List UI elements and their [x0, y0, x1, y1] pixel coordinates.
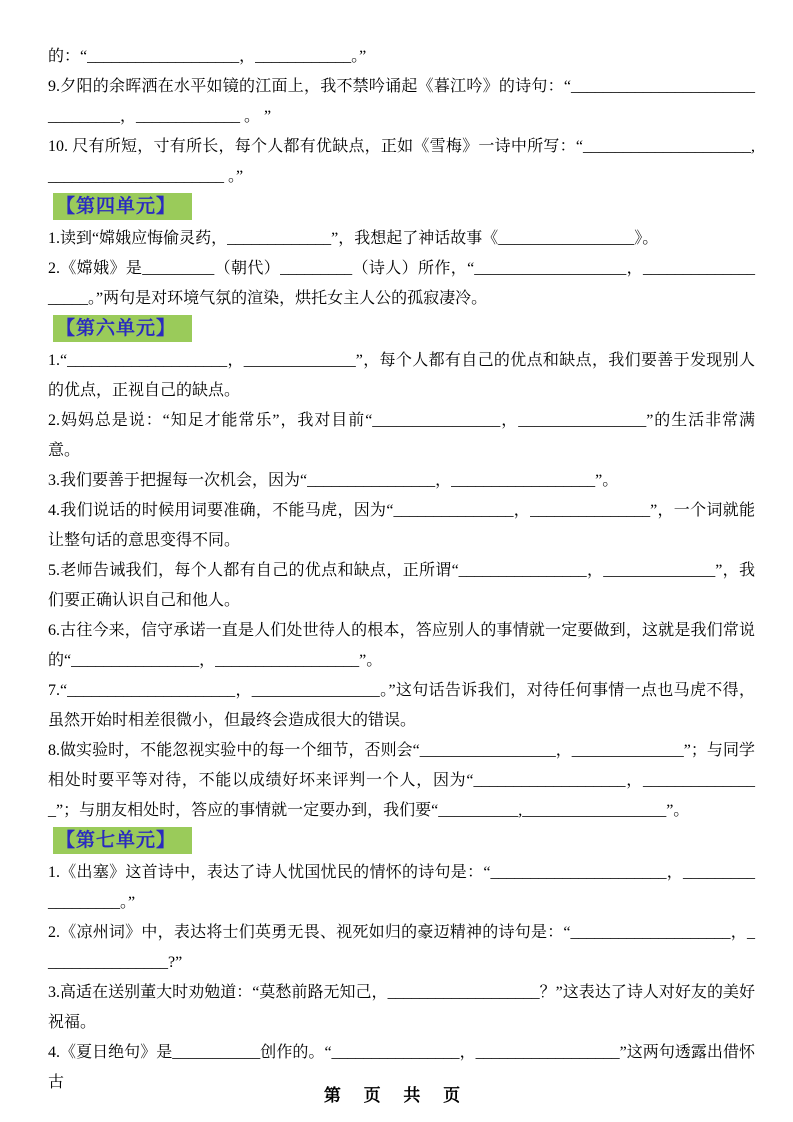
question-paragraph: 5.老师告诫我们，每个人都有自己的优点和缺点，正所谓“_____________…: [48, 556, 755, 616]
unit-header-row: 【第七单元】: [48, 827, 755, 857]
question-paragraph: 2.《凉州词》中，表达将士们英勇无畏、视死如归的豪迈精神的诗句是：“______…: [48, 918, 755, 978]
question-paragraph: 9.夕阳的余晖洒在水平如镜的江面上，我不禁吟诵起《暮江吟》的诗句：“______…: [48, 72, 755, 132]
page-footer-text: 第 页 共 页: [324, 1086, 469, 1105]
worksheet-page: 的：“___________________，____________。”9.夕…: [0, 0, 793, 1122]
question-paragraph: 1.“____________________，______________”，…: [48, 346, 755, 406]
question-paragraph: 2.《嫦娥》是_________（朝代）_________（诗人）所作，“___…: [48, 254, 755, 314]
unit-header: 【第四单元】: [53, 193, 192, 220]
question-paragraph: 10. 尺有所短，寸有所长，每个人都有优缺点，正如《雪梅》一诗中所写：“____…: [48, 132, 755, 192]
unit-header-row: 【第六单元】: [48, 315, 755, 345]
question-paragraph: 1.《出塞》这首诗中，表达了诗人忧国忧民的情怀的诗句是：“___________…: [48, 858, 755, 918]
unit-header: 【第七单元】: [53, 827, 192, 854]
unit-header-row: 【第四单元】: [48, 193, 755, 223]
question-paragraph: 6.古往今来，信守承诺一直是人们处世待人的根本，答应别人的事情就一定要做到，这就…: [48, 616, 755, 676]
unit-header: 【第六单元】: [53, 315, 192, 342]
worksheet-content: 的：“___________________，____________。”9.夕…: [48, 42, 755, 1098]
question-paragraph: 3.我们要善于把握每一次机会，因为“________________，_____…: [48, 466, 755, 496]
question-paragraph: 7.“_____________________，_______________…: [48, 676, 755, 736]
page-footer: 第 页 共 页: [0, 1081, 793, 1106]
question-paragraph: 8.做实验时，不能忽视实验中的每一个细节，否则会“_______________…: [48, 736, 755, 826]
question-paragraph: 的：“___________________，____________。”: [48, 42, 755, 72]
question-paragraph: 1.读到“嫦娥应悔偷灵药，_____________”，我想起了神话故事《___…: [48, 224, 755, 254]
question-paragraph: 4.我们说话的时候用词要准确，不能马虎，因为“_______________，_…: [48, 496, 755, 556]
question-paragraph: 3.高适在送别董大时劝勉道：“莫愁前路无知己，_________________…: [48, 978, 755, 1038]
question-paragraph: 2.妈妈总是说：“知足才能常乐”，我对目前“________________，_…: [48, 406, 755, 466]
